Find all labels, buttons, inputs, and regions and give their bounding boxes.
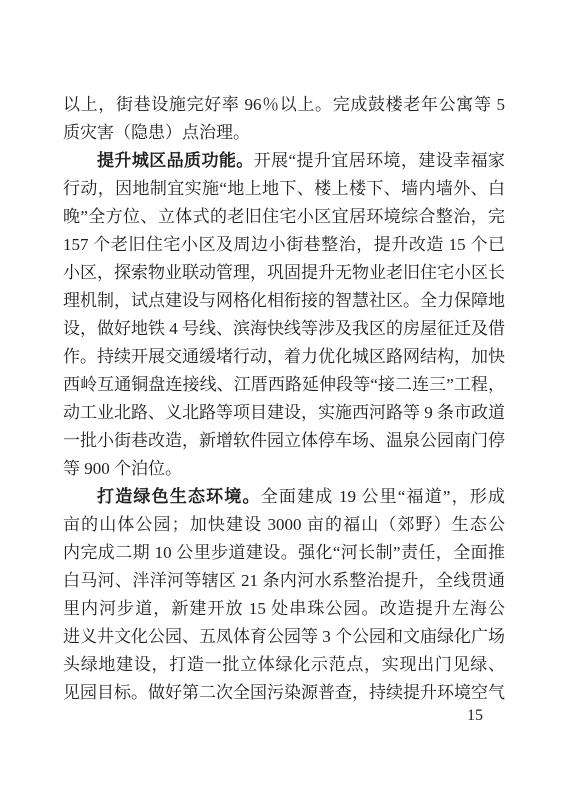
- text-line: 内完成二期 10 公里步道建设。强化“河长制”责任，全面推进: [63, 539, 505, 567]
- text-line: 见园目标。做好第二次全国污染源普查，持续提升环境空气质: [63, 679, 505, 707]
- text-segment: 以上，街巷设施完好率 96％以上。完成鼓楼老年公寓等 5 处地: [63, 95, 505, 119]
- text-segment: 亩的山体公园；加快建设 3000 亩的福山（郊野）生态公园，年: [63, 515, 505, 539]
- text-segment: 西岭互通铜盘连接线、江厝西路延伸段等“接二连三”工程，启: [63, 375, 505, 399]
- text-line: 一批小街巷改造，新增软件园立体停车场、温泉公园南门停车场: [63, 427, 505, 455]
- text-segment: 设，做好地铁 4 号线、滨海快线等涉及我区的房屋征迁及借地工: [63, 319, 505, 343]
- text-line: 作。持续开展交通缓堵行动，着力优化城区路网结构，加快推进: [63, 343, 505, 371]
- text-segment: 理机制，试点建设与网格化相衔接的智慧社区。全力保障地铁建: [63, 291, 505, 315]
- text-segment: 作。持续开展交通缓堵行动，着力优化城区路网结构，加快推进: [63, 347, 505, 371]
- text-line: 动工业北路、义北路等项目建设，实施西河路等 9 条市政道路和: [63, 399, 505, 427]
- text-segment: 行动，因地制宜实施“地上地下、楼上楼下、墙内墙外、白天夜: [63, 179, 505, 203]
- text-segment: 小区，探索物业联动管理，巩固提升无物业老旧住宅小区长效管: [63, 263, 505, 287]
- text-block: 以上，街巷设施完好率 96％以上。完成鼓楼老年公寓等 5 处地质灾害（隐患）点治…: [63, 91, 505, 707]
- text-line: 设，做好地铁 4 号线、滨海快线等涉及我区的房屋征迁及借地工: [63, 315, 505, 343]
- text-segment: 一批小街巷改造，新增软件园立体停车场、温泉公园南门停车场: [63, 431, 505, 455]
- text-segment: 内完成二期 10 公里步道建设。强化“河长制”责任，全面推进: [63, 543, 505, 567]
- text-segment: 质灾害（隐患）点治理。: [63, 123, 250, 142]
- text-segment: 动工业北路、义北路等项目建设，实施西河路等 9 条市政道路和: [63, 403, 505, 427]
- text-line: 头绿地建设，打造一批立体绿化示范点，实现出门见绿、500 米: [63, 651, 505, 679]
- bold-lead: 打造绿色生态环境。: [97, 487, 261, 506]
- text-line: 里内河步道，新建开放 15 处串珠公园。改造提升左海公园，推: [63, 595, 505, 623]
- text-line: 小区，探索物业联动管理，巩固提升无物业老旧住宅小区长效管: [63, 259, 505, 287]
- text-line: 理机制，试点建设与网格化相衔接的智慧社区。全力保障地铁建: [63, 287, 505, 315]
- text-line: 晚”全方位、立体式的老旧住宅小区宜居环境综合整治，完成: [63, 203, 505, 231]
- text-line: 西岭互通铜盘连接线、江厝西路延伸段等“接二连三”工程，启: [63, 371, 505, 399]
- text-segment: 头绿地建设，打造一批立体绿化示范点，实现出门见绿、500 米: [63, 655, 505, 679]
- text-segment: 晚”全方位、立体式的老旧住宅小区宜居环境综合整治，完成: [63, 207, 505, 231]
- text-line: 打造绿色生态环境。全面建成 19 公里“福道”，形成 2000: [63, 483, 505, 511]
- text-segment: 白马河、泮洋河等辖区 21 条内河水系整治提升，全线贯通 32 公: [63, 571, 505, 595]
- text-line: 等 900 个泊位。: [63, 455, 505, 483]
- text-line: 质灾害（隐患）点治理。: [63, 119, 505, 147]
- text-segment: 里内河步道，新建开放 15 处串珠公园。改造提升左海公园，推: [63, 599, 505, 623]
- bold-lead: 提升城区品质功能。: [97, 151, 254, 170]
- text-line: 进义井文化公园、五凤体育公园等 3 个公园和文庙绿化广场等街: [63, 623, 505, 651]
- text-segment: 进义井文化公园、五凤体育公园等 3 个公园和文庙绿化广场等街: [63, 627, 505, 651]
- text-line: 以上，街巷设施完好率 96％以上。完成鼓楼老年公寓等 5 处地: [63, 91, 505, 119]
- document-page: 以上，街巷设施完好率 96％以上。完成鼓楼老年公寓等 5 处地质灾害（隐患）点治…: [0, 0, 565, 800]
- text-segment: 等 900 个泊位。: [63, 459, 182, 478]
- text-line: 行动，因地制宜实施“地上地下、楼上楼下、墙内墙外、白天夜: [63, 175, 505, 203]
- text-segment: 157 个老旧住宅小区及周边小街巷整治，提升改造 15 个已整治: [63, 235, 505, 259]
- text-line: 亩的山体公园；加快建设 3000 亩的福山（郊野）生态公园，年: [63, 511, 505, 539]
- text-line: 157 个老旧住宅小区及周边小街巷整治，提升改造 15 个已整治: [63, 231, 505, 259]
- page-number: 15: [63, 704, 483, 728]
- text-line: 白马河、泮洋河等辖区 21 条内河水系整治提升，全线贯通 32 公: [63, 567, 505, 595]
- text-line: 提升城区品质功能。开展“提升宜居环境，建设幸福家园”: [63, 147, 505, 175]
